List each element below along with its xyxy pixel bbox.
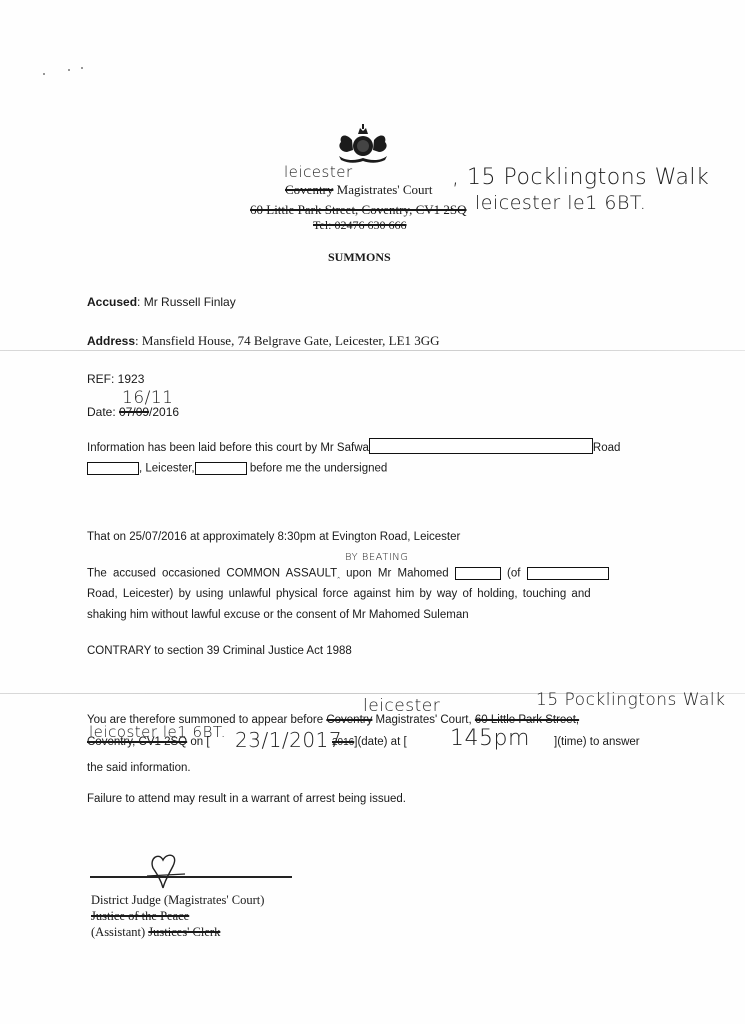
struck-court-telephone: Tel: 02476 630 666 <box>313 218 407 233</box>
scan-speck <box>81 67 83 69</box>
redaction-box <box>527 567 609 580</box>
summons-text: on [ <box>187 736 209 748</box>
accused-field: Accused: Mr Russell Finlay <box>87 295 236 309</box>
warrant-warning: Failure to attend may result in a warran… <box>87 793 406 805</box>
scan-speck <box>68 69 70 71</box>
address-value: : Mansfield House, 74 Belgrave Gate, Lei… <box>135 333 440 348</box>
information-text: Information has been laid before this co… <box>87 442 369 454</box>
struck-court-address: 60 Little Park Street, <box>475 714 579 726</box>
summons-time-label: ](time) to answer <box>554 736 640 748</box>
contrary-to-statute: CONTRARY to section 39 Criminal Justice … <box>87 645 352 657</box>
paper-fold-line <box>0 350 745 351</box>
summons-date-label: 2016](date) at [ <box>332 736 407 748</box>
court-suffix: Magistrates' Court <box>337 182 433 197</box>
date-label: ](date) at [ <box>354 736 406 748</box>
handwritten-hearing-time: 145pm <box>450 726 530 751</box>
offence-line-2: The accused occasioned COMMON ASSAULT‸ u… <box>87 567 609 580</box>
summons-document: leicester Coventry Magistrates' Court , … <box>0 0 745 1024</box>
reference-number: REF: 1923 <box>87 372 144 386</box>
accused-value: : Mr Russell Finlay <box>137 295 236 309</box>
address-label: Address <box>87 334 135 348</box>
accused-label: Accused <box>87 295 137 309</box>
summons-line-2: Coventry, CV1 2SQ on [ <box>87 736 210 748</box>
offence-line-3: Road, Leicester) by using unlawful physi… <box>87 588 591 600</box>
summons-line-3: the said information. <box>87 762 191 774</box>
offence-text: upon Mr Mahomed <box>340 568 455 580</box>
summons-text: Magistrates' Court, <box>372 714 475 726</box>
redaction-box <box>369 438 593 454</box>
document-title: SUMMONS <box>328 250 391 265</box>
struck-year: 2016 <box>332 737 354 748</box>
struck-court-address: Coventry, CV1 2SQ <box>87 736 187 748</box>
date-field: Date: 07/09/2016 <box>87 405 179 419</box>
struck-court-name: Coventry <box>326 714 372 726</box>
struck-court-address: 60 Little Park Street, Coventry, CV1 2SQ <box>250 202 467 218</box>
clerk-prefix: (Assistant) <box>91 925 148 939</box>
royal-coat-of-arms-icon <box>333 122 393 164</box>
signatory-role-district-judge: District Judge (Magistrates' Court) <box>91 893 264 908</box>
struck-court-name: Coventry <box>285 182 333 197</box>
redaction-box <box>87 462 139 475</box>
date-label: Date: <box>87 405 119 419</box>
offence-line-4: shaking him without lawful excuse or the… <box>87 609 469 621</box>
offence-text: (of <box>501 568 527 580</box>
scan-speck <box>43 73 45 75</box>
signatory-role-justice-struck: Justice of the Peace <box>91 909 189 924</box>
signatory-role-clerk: (Assistant) Justices' Clerk <box>91 925 220 940</box>
redaction-box <box>195 462 247 475</box>
information-line-1: Information has been laid before this co… <box>87 442 620 454</box>
signature-icon <box>145 850 195 895</box>
redaction-box <box>455 567 501 580</box>
signature-line <box>90 876 292 878</box>
handwritten-court-address-line2: leicester le1 6BT. <box>475 192 646 214</box>
offence-line-1: That on 25/07/2016 at approximately 8:30… <box>87 531 460 543</box>
offence-text: The accused occasioned COMMON ASSAULT <box>87 568 337 580</box>
handwritten-offence-insert: BY BEATING <box>345 552 409 563</box>
clerk-struck: Justices' Clerk <box>148 925 220 939</box>
information-line-2: , Leicester, before me the undersigned <box>87 462 387 475</box>
handwritten-court-name: leicester <box>284 163 353 181</box>
information-text: before me the undersigned <box>247 463 388 475</box>
handwritten-court-address-line1: , 15 Pocklingtons Walk <box>452 165 709 190</box>
handwritten-hearing-date: 23/1/2017 <box>235 728 342 752</box>
date-year: /2016 <box>149 405 179 419</box>
handwritten-court-name-2: leicester <box>363 696 440 716</box>
information-city: , Leicester, <box>139 463 195 475</box>
court-name: Coventry Magistrates' Court <box>285 182 433 198</box>
address-field: Address: Mansfield House, 74 Belgrave Ga… <box>87 333 440 349</box>
struck-date: 07/09 <box>119 405 149 419</box>
handwritten-court-address-2: 15 Pocklingtons Walk <box>536 690 726 710</box>
information-road: Road <box>593 442 621 454</box>
